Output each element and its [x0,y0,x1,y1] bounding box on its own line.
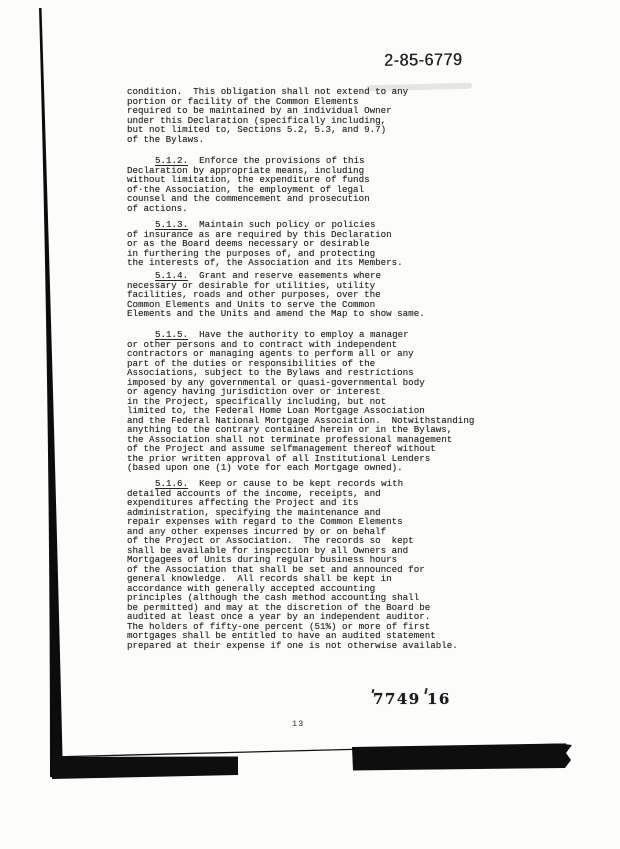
recording-stamp-left: 7749 [373,690,421,708]
text-line: prepared at their expense if one is not … [127,641,458,651]
scan-bar-bottom-left [50,757,238,780]
scan-bar-bottom-right [352,744,572,771]
case-number-stamp: 2-85-6779 [384,51,463,71]
text-line: the interests of, the Association and it… [127,258,403,268]
paragraph-5-1-5: 5.1.5. Have the authority to employ a ma… [127,330,474,473]
text-line: of the Bylaws. [127,135,408,145]
recording-stamp-right: 16 [427,690,451,708]
paragraph-5-1-2: 5.1.2. Enforce the provisions of thisDec… [127,156,370,213]
scanned-document-page: 2-85-6779 condition. This obligation sha… [0,0,620,849]
paragraph-5-1-6: 5.1.6. Keep or cause to be kept records … [127,479,458,650]
paragraph-intro: condition. This obligation shall not ext… [127,87,408,144]
text-line: (based upon one (1) vote for each Mortga… [127,463,474,473]
text-line: of actions. [127,204,370,214]
scan-bottom-thin-line [51,744,566,757]
text-line: Elements and the Units and amend the Map… [127,309,425,319]
paragraph-5-1-4: 5.1.4. Grant and reserve easements where… [127,271,425,319]
page-number: 13 [292,719,304,729]
paragraph-5-1-3: 5.1.3. Maintain such policy or policieso… [127,220,403,268]
scan-edge-vertical-line [39,8,63,777]
